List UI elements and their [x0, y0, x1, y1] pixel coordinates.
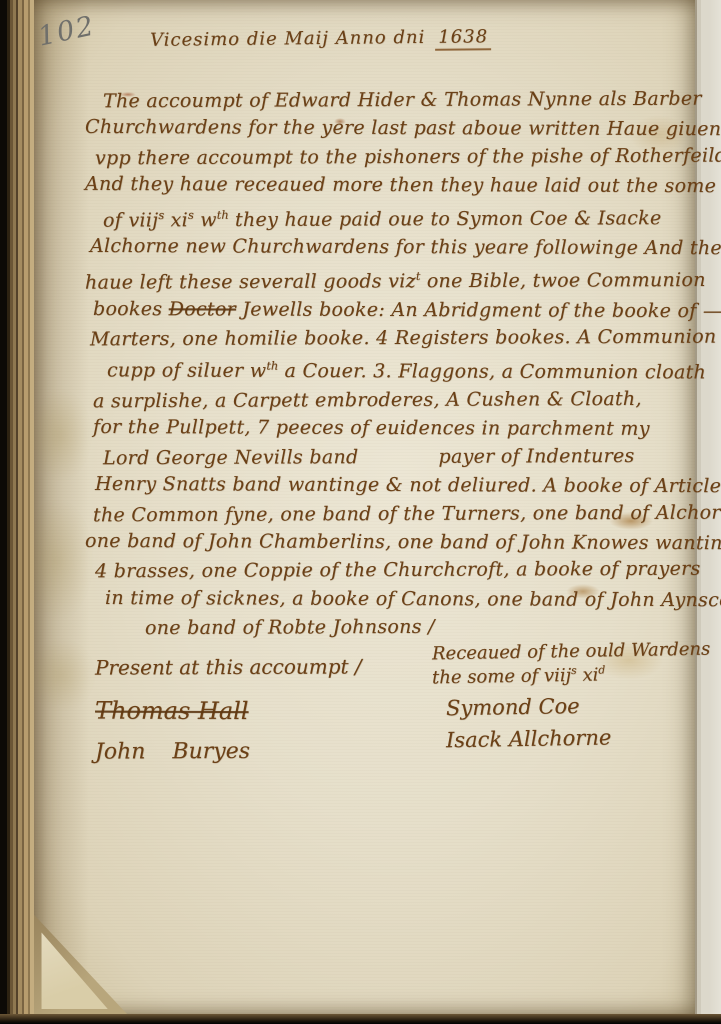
- body-line: Churchwardens for the yere last past abo…: [85, 113, 697, 144]
- handwritten-text: Lord George Nevills band: [103, 446, 359, 469]
- body-line: Lord George Nevills bandpayer of Indentu…: [85, 442, 697, 473]
- account-body: The accoumpt of Edward Hider & Thomas Ny…: [85, 86, 697, 642]
- handwritten-text: th: [266, 359, 278, 373]
- body-line: cupp of siluer wth a Couer. 3. Flaggons,…: [85, 351, 697, 387]
- body-line: 4 brasses, one Coppie of the Churchcroft…: [85, 555, 697, 586]
- handwritten-text: And they haue receaued more then they ha…: [85, 173, 716, 197]
- handwritten-text: one Bible, twoe Communion: [420, 269, 705, 292]
- handwritten-text: cupp of siluer w: [107, 360, 266, 383]
- handwritten-text: d: [598, 663, 605, 676]
- handwritten-text: th: [217, 207, 229, 221]
- receipt-line: the some of viijs xid: [432, 662, 711, 689]
- handwritten-text: Henry Snatts band wantinge & not deliure…: [95, 473, 721, 497]
- struck-out-text: Doctor: [169, 298, 236, 320]
- handwritten-text: the Common fyne, one band of the Turners…: [93, 501, 721, 526]
- handwritten-text: vpp there accoumpt to the pishoners of t…: [95, 144, 721, 169]
- handwritten-text: xi: [577, 665, 599, 686]
- receipt-note-block: Receaued of the ould Wardensthe some of …: [432, 641, 710, 752]
- body-line: one band of Robte Johnsons /: [85, 612, 697, 643]
- date-heading-year: 1638: [435, 26, 491, 51]
- body-line: bookes Doctor Jewells booke: An Abridgme…: [85, 294, 697, 325]
- handwritten-text: Receaued of the ould Wardens: [432, 639, 711, 665]
- handwritten-text: Marters, one homilie booke. 4 Registers …: [90, 325, 717, 350]
- receipt-line: Isack Allchorne: [446, 724, 711, 753]
- handwritten-text: for the Pullpett, 7 peeces of euidences …: [93, 416, 650, 440]
- witnesses-block: Present at this accoumpt /Thomas HallJoh…: [95, 655, 362, 768]
- handwritten-text: a Couer. 3. Flaggons, a Communion cloath: [278, 360, 706, 383]
- handwritten-text: 4 brasses, one Coppie of the Churchcroft…: [95, 558, 701, 583]
- handwritten-text: John Buryes: [95, 739, 250, 765]
- handwritten-text: Present at this accoumpt /: [95, 654, 362, 679]
- handwritten-text: haue left these severall goods viz: [85, 270, 416, 293]
- body-line: the Common fyne, one band of the Turners…: [85, 498, 697, 529]
- body-line: a surplishe, a Carpett embroderes, A Cus…: [85, 385, 697, 416]
- handwritten-text: the some of viij: [432, 665, 572, 688]
- manuscript-scan: 102 Vicesimo die Maij Anno dni1638 The a…: [0, 0, 721, 1024]
- handwritten-text: Symond Coe: [446, 694, 580, 720]
- book-bottom-edge: [0, 1014, 721, 1024]
- handwritten-text: Alchorne new Churchwardens for this year…: [90, 235, 721, 259]
- receipt-line: Symond Coe: [446, 692, 711, 721]
- handwritten-text: xi: [164, 209, 188, 231]
- handwritten-text: w: [194, 209, 217, 231]
- witness-line: Thomas Hall: [95, 697, 362, 726]
- handwritten-text: one band of John Chamberlins, one band o…: [85, 530, 721, 554]
- witness-line: Present at this accoumpt /: [95, 654, 362, 679]
- receipt-line: Receaued of the ould Wardens: [432, 639, 711, 665]
- struck-out-text: Thomas Hall: [95, 697, 249, 726]
- witness-line: John Buryes: [95, 738, 362, 764]
- handwritten-text: in time of sicknes, a booke of Canons, o…: [105, 587, 721, 611]
- handwritten-text: a surplishe, a Carpett embroderes, A Cus…: [93, 388, 642, 412]
- handwritten-text: of viij: [103, 209, 158, 231]
- body-line: for the Pullpett, 7 peeces of euidences …: [85, 413, 697, 444]
- body-line: in time of sicknes, a booke of Canons, o…: [85, 584, 697, 615]
- handwritten-text: one band of Robte Johnsons /: [145, 616, 435, 639]
- body-line: The accoumpt of Edward Hider & Thomas Ny…: [85, 85, 697, 116]
- body-line: And they haue receaued more then they ha…: [85, 170, 697, 201]
- book-binding-edge: [0, 0, 34, 1024]
- body-line: Marters, one homilie booke. 4 Registers …: [85, 323, 697, 354]
- date-heading-text: Vicesimo die Maij Anno dni: [150, 27, 426, 51]
- body-line: Henry Snatts band wantinge & not deliure…: [85, 470, 697, 501]
- handwritten-text: bookes: [93, 297, 169, 319]
- handwritten-text: Jewells booke: An Abridgment of the book…: [236, 298, 721, 322]
- body-line: of viijs xis wth they haue paid oue to S…: [85, 198, 697, 234]
- body-line: haue left these severall goods vizt one …: [85, 260, 697, 296]
- body-line: vpp there accoumpt to the pishoners of t…: [85, 141, 697, 172]
- date-heading: Vicesimo die Maij Anno dni1638: [150, 26, 491, 51]
- body-line: one band of John Chamberlins, one band o…: [85, 527, 697, 558]
- handwritten-text: they haue paid oue to Symon Coe & Isacke: [229, 207, 662, 231]
- handwritten-text: Isack Allchorne: [446, 725, 612, 752]
- handwritten-text: payer of Indentures: [438, 445, 634, 468]
- handwritten-text: Churchwardens for the yere last past abo…: [85, 116, 721, 140]
- body-line: Alchorne new Churchwardens for this year…: [85, 232, 697, 263]
- handwritten-text: The accoumpt of Edward Hider & Thomas Ny…: [103, 88, 702, 113]
